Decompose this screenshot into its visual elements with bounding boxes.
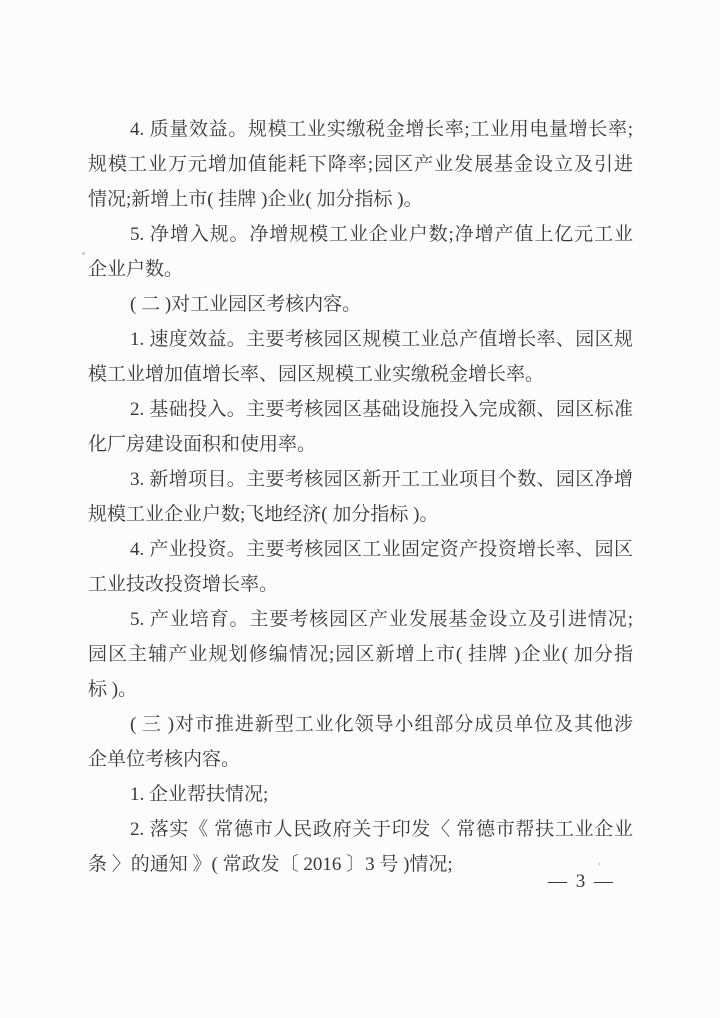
text-line: 1. 速度效益。主要考核园区规模工业总产值增长率、园区规	[88, 322, 633, 357]
section-heading-line: ( 二 )对工业园区考核内容。	[88, 287, 633, 322]
text-line: 2. 基础投入。主要考核园区基础设施投入完成额、园区标准	[88, 392, 633, 427]
scan-artifact-dot	[598, 863, 600, 865]
text-line: 园区主辅产业规划修编情况;园区新增上市( 挂牌 )企业( 加分指	[88, 637, 633, 672]
text-line: 3. 新增项目。主要考核园区新开工工业项目个数、园区净增	[88, 462, 633, 497]
document-body: 4. 质量效益。规模工业实缴税金增长率;工业用电量增长率; 规模工业万元增加值能…	[88, 112, 633, 882]
text-line: 规模工业企业户数;飞地经济( 加分指标 )。	[88, 497, 633, 532]
text-line: 工业技改投资增长率。	[88, 567, 633, 602]
text-line: 化厂房建设面积和使用率。	[88, 427, 633, 462]
scanned-document-page: 4. 质量效益。规模工业实缴税金增长率;工业用电量增长率; 规模工业万元增加值能…	[0, 0, 720, 1018]
text-line: 标 )。	[88, 672, 633, 707]
text-line: 4. 质量效益。规模工业实缴税金增长率;工业用电量增长率;	[88, 112, 633, 147]
text-line: 4. 产业投资。主要考核园区工业固定资产投资增长率、园区	[88, 532, 633, 567]
text-line: 模工业增加值增长率、园区规模工业实缴税金增长率。	[88, 357, 633, 392]
text-line: 5. 产业培育。主要考核园区产业发展基金设立及引进情况;	[88, 602, 633, 637]
text-line: 1. 企业帮扶情况;	[88, 777, 633, 812]
text-line: 企业户数。	[88, 252, 633, 287]
section-heading-line: 企单位考核内容。	[88, 742, 633, 777]
text-line: 情况;新增上市( 挂牌 )企业( 加分指标 )。	[88, 182, 633, 217]
section-heading-line: ( 三 )对市推进新型工业化领导小组部分成员单位及其他涉	[88, 707, 633, 742]
text-line: 规模工业万元增加值能耗下降率;园区产业发展基金设立及引进	[88, 147, 633, 182]
text-line: 5. 净增入规。净增规模工业企业户数;净增产值上亿元工业	[88, 217, 633, 252]
scan-artifact-dot	[82, 252, 85, 255]
page-number: — 3 —	[548, 871, 615, 893]
text-line: 2. 落实《 常德市人民政府关于印发〈 常德市帮扶工业企业十	[88, 812, 633, 847]
